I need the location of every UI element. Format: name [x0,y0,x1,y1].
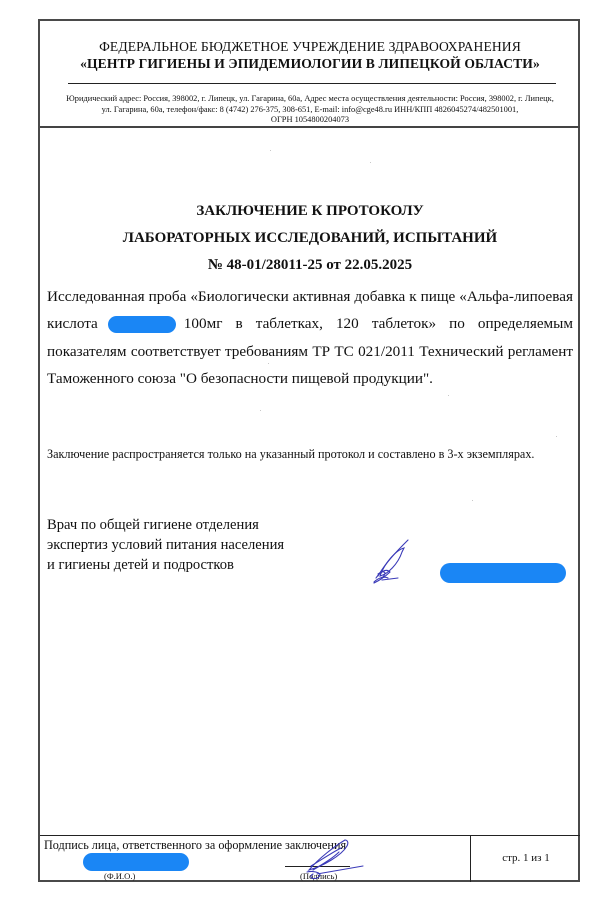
address-line-3: ОГРН 1054800204073 [42,115,578,126]
fio-caption: (Ф.И.О.) [104,871,135,881]
protocol-number: № 48-01/28011-25 от 22.05.2025 [40,257,580,274]
footer-column-divider [470,835,471,882]
address-line-1: Юридический адрес: Россия, 398002, г. Ли… [42,94,578,105]
scan-speck [448,395,449,396]
redaction-mark-responsible-name [83,853,189,871]
handwritten-signature-icon [295,836,365,884]
redaction-mark [108,316,176,333]
scan-speck [260,410,261,411]
scan-speck [270,150,271,151]
scan-speck [472,500,473,501]
signatory-line-3: и гигиены детей и подростков [47,555,284,575]
header-bottom-border [40,126,580,128]
organization-header: ФЕДЕРАЛЬНОЕ БЮДЖЕТНОЕ УЧРЕЖДЕНИЕ ЗДРАВОО… [40,38,580,72]
document-title-line-1: ЗАКЛЮЧЕНИЕ К ПРОТОКОЛУ [40,203,580,220]
signatory-line-1: Врач по общей гигиене отделения [47,515,284,535]
signatory-line-2: экспертиз условий питания населения [47,535,284,555]
organization-address: Юридический адрес: Россия, 398002, г. Ли… [42,94,578,126]
signatory-title: Врач по общей гигиене отделения эксперти… [47,515,284,575]
scope-note: Заключение распространяется только на ук… [47,444,573,465]
redaction-mark-signatory-name [440,563,566,583]
org-line-1: ФЕДЕРАЛЬНОЕ БЮДЖЕТНОЕ УЧРЕЖДЕНИЕ ЗДРАВОО… [40,38,580,55]
org-line-2: «ЦЕНТР ГИГИЕНЫ И ЭПИДЕМИОЛОГИИ В ЛИПЕЦКО… [40,55,580,72]
conclusion-text: Исследованная проба «Биологически активн… [47,283,573,393]
scan-speck [370,162,371,163]
document-title-line-2: ЛАБОРАТОРНЫХ ИССЛЕДОВАНИЙ, ИСПЫТАНИЙ [40,230,580,247]
scan-speck [556,436,557,437]
address-line-2: ул. Гагарина, 60а, телефон/факс: 8 (4742… [42,105,578,116]
scan-speck [268,363,269,364]
handwritten-signature-icon [368,538,418,586]
page-indicator: стр. 1 из 1 [472,852,580,864]
header-divider [68,83,556,84]
